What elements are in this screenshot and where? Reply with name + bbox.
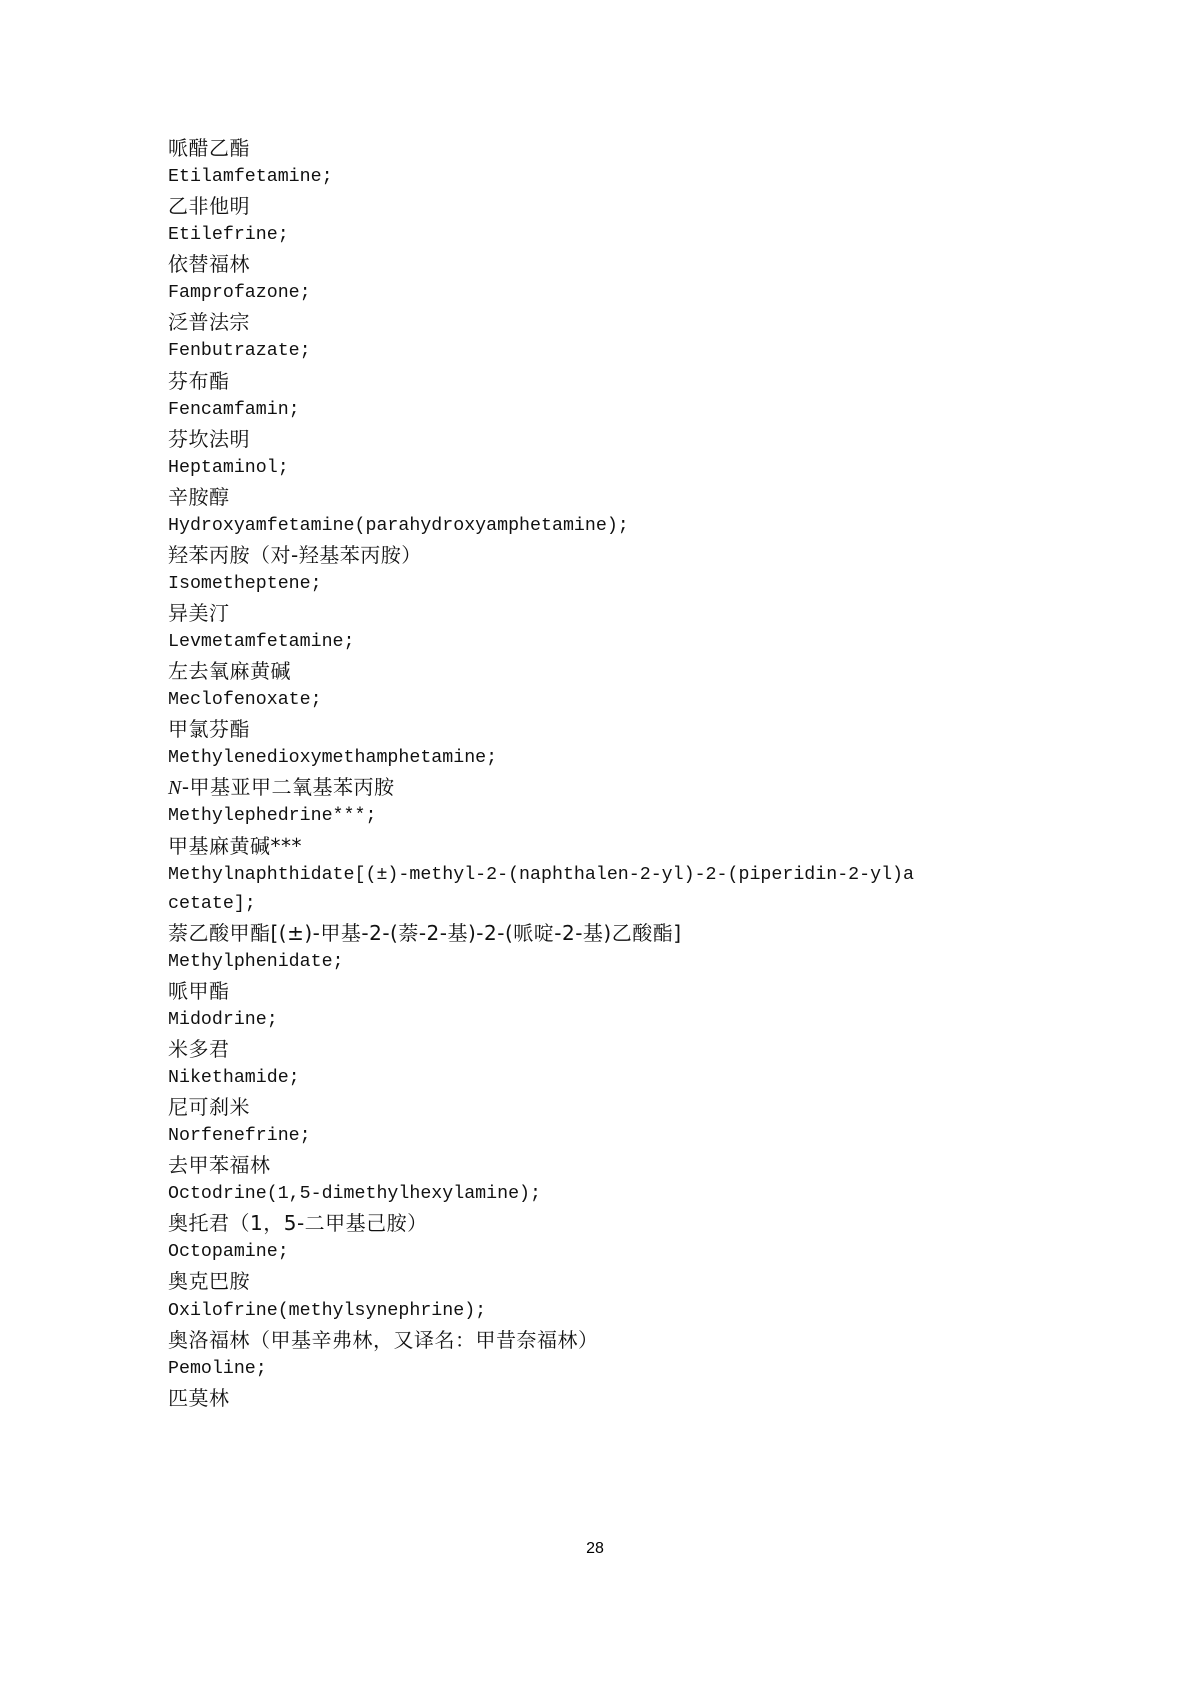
list-line: Oxilofrine(methylsynephrine);	[168, 1297, 1028, 1326]
page-number: 28	[0, 1540, 1190, 1558]
list-line: 米多君	[168, 1035, 1028, 1064]
list-line: N-甲基亚甲二氧基苯丙胺	[168, 773, 1028, 802]
list-line: 芬坎法明	[168, 425, 1028, 454]
list-line: 辛胺醇	[168, 483, 1028, 512]
list-line: 甲氯芬酯	[168, 715, 1028, 744]
list-line: Fenbutrazate;	[168, 337, 1028, 366]
list-line: 羟苯丙胺（对-羟基苯丙胺）	[168, 541, 1028, 570]
list-line: Methylnaphthidate[(±)-methyl-2-(naphthal…	[168, 861, 1028, 890]
list-line: Hydroxyamfetamine(parahydroxyamphetamine…	[168, 512, 1028, 541]
list-line: 去甲苯福林	[168, 1151, 1028, 1180]
list-line: Famprofazone;	[168, 279, 1028, 308]
list-line: Methylphenidate;	[168, 948, 1028, 977]
list-line: 匹莫林	[168, 1384, 1028, 1413]
list-line: 尼可刹米	[168, 1093, 1028, 1122]
list-line: 哌醋乙酯	[168, 134, 1028, 163]
list-line: 甲基麻黄碱***	[168, 832, 1028, 861]
list-line: 奥托君（1，5-二甲基己胺）	[168, 1209, 1028, 1238]
list-line: 异美汀	[168, 599, 1028, 628]
italic-prefix: N	[168, 777, 182, 799]
list-line: Octodrine(1,5-dimethylhexylamine);	[168, 1180, 1028, 1209]
list-line: Nikethamide;	[168, 1064, 1028, 1093]
list-line: 奥克巴胺	[168, 1267, 1028, 1296]
list-line: Heptaminol;	[168, 454, 1028, 483]
list-line: Methylephedrine***;	[168, 802, 1028, 831]
list-line: Fencamfamin;	[168, 396, 1028, 425]
line-text: -甲基亚甲二氧基苯丙胺	[182, 775, 395, 799]
list-line: Octopamine;	[168, 1238, 1028, 1267]
list-line: 泛普法宗	[168, 308, 1028, 337]
list-line: 依替福林	[168, 250, 1028, 279]
list-line: Etilamfetamine;	[168, 163, 1028, 192]
list-line: 哌甲酯	[168, 977, 1028, 1006]
list-line: 乙非他明	[168, 192, 1028, 221]
list-line: Isometheptene;	[168, 570, 1028, 599]
list-line: 萘乙酸甲酯[(±)-甲基-2-(萘-2-基)-2-(哌啶-2-基)乙酸酯]	[168, 919, 1028, 948]
list-line: Etilefrine;	[168, 221, 1028, 250]
list-line: Meclofenoxate;	[168, 686, 1028, 715]
list-line: 奥洛福林（甲基辛弗林，又译名：甲昔奈福林）	[168, 1326, 1028, 1355]
list-line: Norfenefrine;	[168, 1122, 1028, 1151]
list-line: Midodrine;	[168, 1006, 1028, 1035]
list-line: Levmetamfetamine;	[168, 628, 1028, 657]
list-line: 芬布酯	[168, 367, 1028, 396]
list-line: cetate];	[168, 890, 1028, 919]
list-line: Methylenedioxymethamphetamine;	[168, 744, 1028, 773]
document-page: 哌醋乙酯 Etilamfetamine; 乙非他明 Etilefrine; 依替…	[0, 0, 1190, 1683]
substance-list: 哌醋乙酯 Etilamfetamine; 乙非他明 Etilefrine; 依替…	[168, 134, 1028, 1413]
list-line: 左去氧麻黄碱	[168, 657, 1028, 686]
list-line: Pemoline;	[168, 1355, 1028, 1384]
